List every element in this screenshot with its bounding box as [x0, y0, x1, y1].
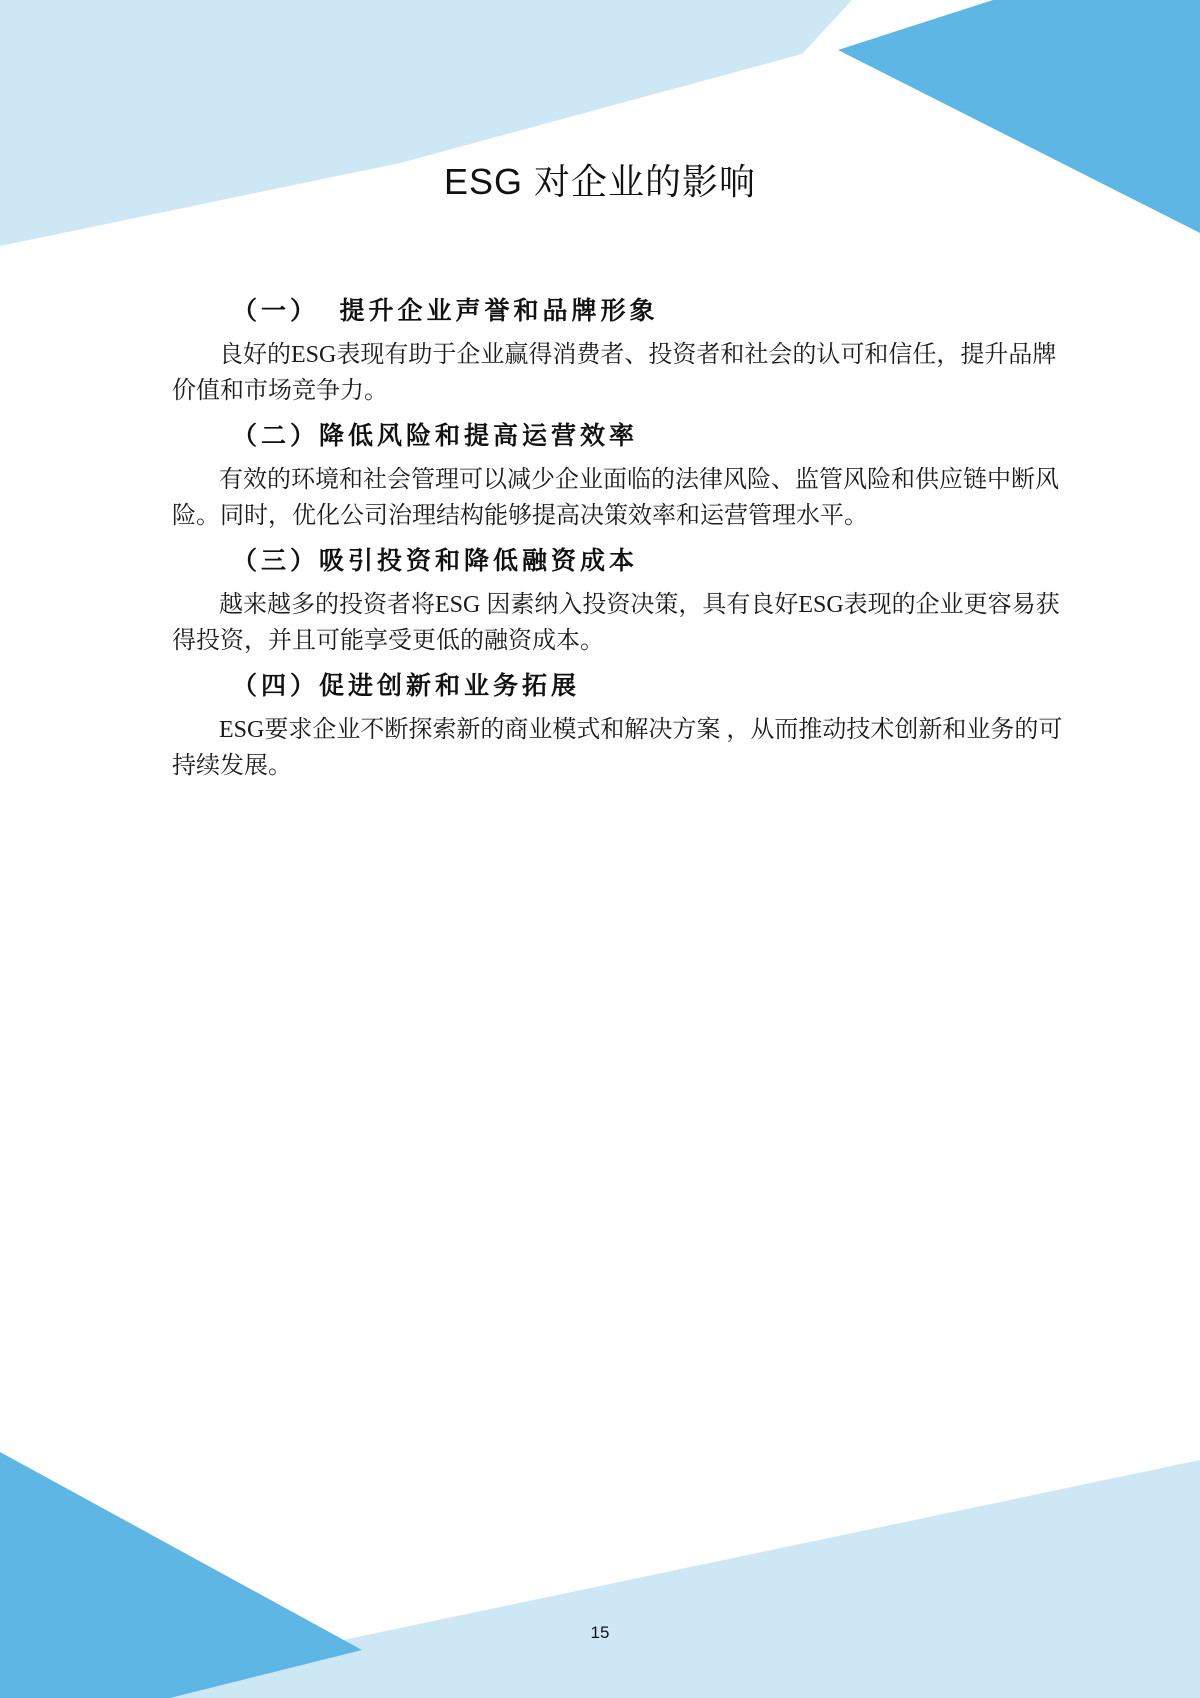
section-3-paragraph: 越来越多的投资者将ESG 因素纳入投资决策，具有良好ESG表现的企业更容易获 得… [172, 587, 1028, 659]
text-line: 价值和市场竞争力。 [172, 373, 1028, 409]
document-page: ESG 对企业的影响 （一） 提升企业声誉和品牌形象 良好的ESG表现有助于企业… [0, 0, 1200, 1698]
text-line: 越来越多的投资者将ESG 因素纳入投资决策，具有良好ESG表现的企业更容易获 [172, 587, 1028, 623]
section-4-paragraph: ESG要求企业不断探索新的商业模式和解决方案 ，从而推动技术创新和业务的可 持续… [172, 712, 1028, 784]
text-line: ESG要求企业不断探索新的商业模式和解决方案 ，从而推动技术创新和业务的可 [172, 712, 1028, 748]
text-line: 得投资，并且可能享受更低的融资成本。 [172, 623, 1028, 659]
text-line: 持续发展。 [172, 748, 1028, 784]
page-number: 15 [0, 1622, 1200, 1644]
section-2-paragraph: 有效的环境和社会管理可以减少企业面临的法律风险、监管风险和供应链中断风 险。同时… [172, 462, 1028, 534]
section-4-heading: （四）促进创新和业务拓展 [172, 669, 1028, 705]
page-title: ESG 对企业的影响 [0, 158, 1200, 206]
text-line: 有效的环境和社会管理可以减少企业面临的法律风险、监管风险和供应链中断风 [172, 462, 1028, 498]
section-2: （二）降低风险和提高运营效率 有效的环境和社会管理可以减少企业面临的法律风险、监… [172, 419, 1028, 534]
section-2-heading: （二）降低风险和提高运营效率 [172, 419, 1028, 455]
decorative-triangles [0, 0, 1200, 1698]
top-left-light-triangle [0, 0, 852, 246]
text-line: 险。同时，优化公司治理结构能够提高决策效率和运营管理水平。 [172, 498, 1028, 534]
bottom-left-dark-triangle [0, 1452, 362, 1698]
section-3: （三）吸引投资和降低融资成本 越来越多的投资者将ESG 因素纳入投资决策，具有良… [172, 544, 1028, 659]
section-1-paragraph: 良好的ESG表现有助于企业赢得消费者、投资者和社会的认可和信任，提升品牌 价值和… [172, 337, 1028, 409]
section-1: （一） 提升企业声誉和品牌形象 良好的ESG表现有助于企业赢得消费者、投资者和社… [172, 294, 1028, 409]
text-line: 良好的ESG表现有助于企业赢得消费者、投资者和社会的认可和信任，提升品牌 [172, 337, 1028, 373]
section-1-heading: （一） 提升企业声誉和品牌形象 [172, 294, 1028, 330]
document-body: （一） 提升企业声誉和品牌形象 良好的ESG表现有助于企业赢得消费者、投资者和社… [172, 294, 1028, 784]
section-4: （四）促进创新和业务拓展 ESG要求企业不断探索新的商业模式和解决方案 ，从而推… [172, 669, 1028, 784]
section-3-heading: （三）吸引投资和降低融资成本 [172, 544, 1028, 580]
